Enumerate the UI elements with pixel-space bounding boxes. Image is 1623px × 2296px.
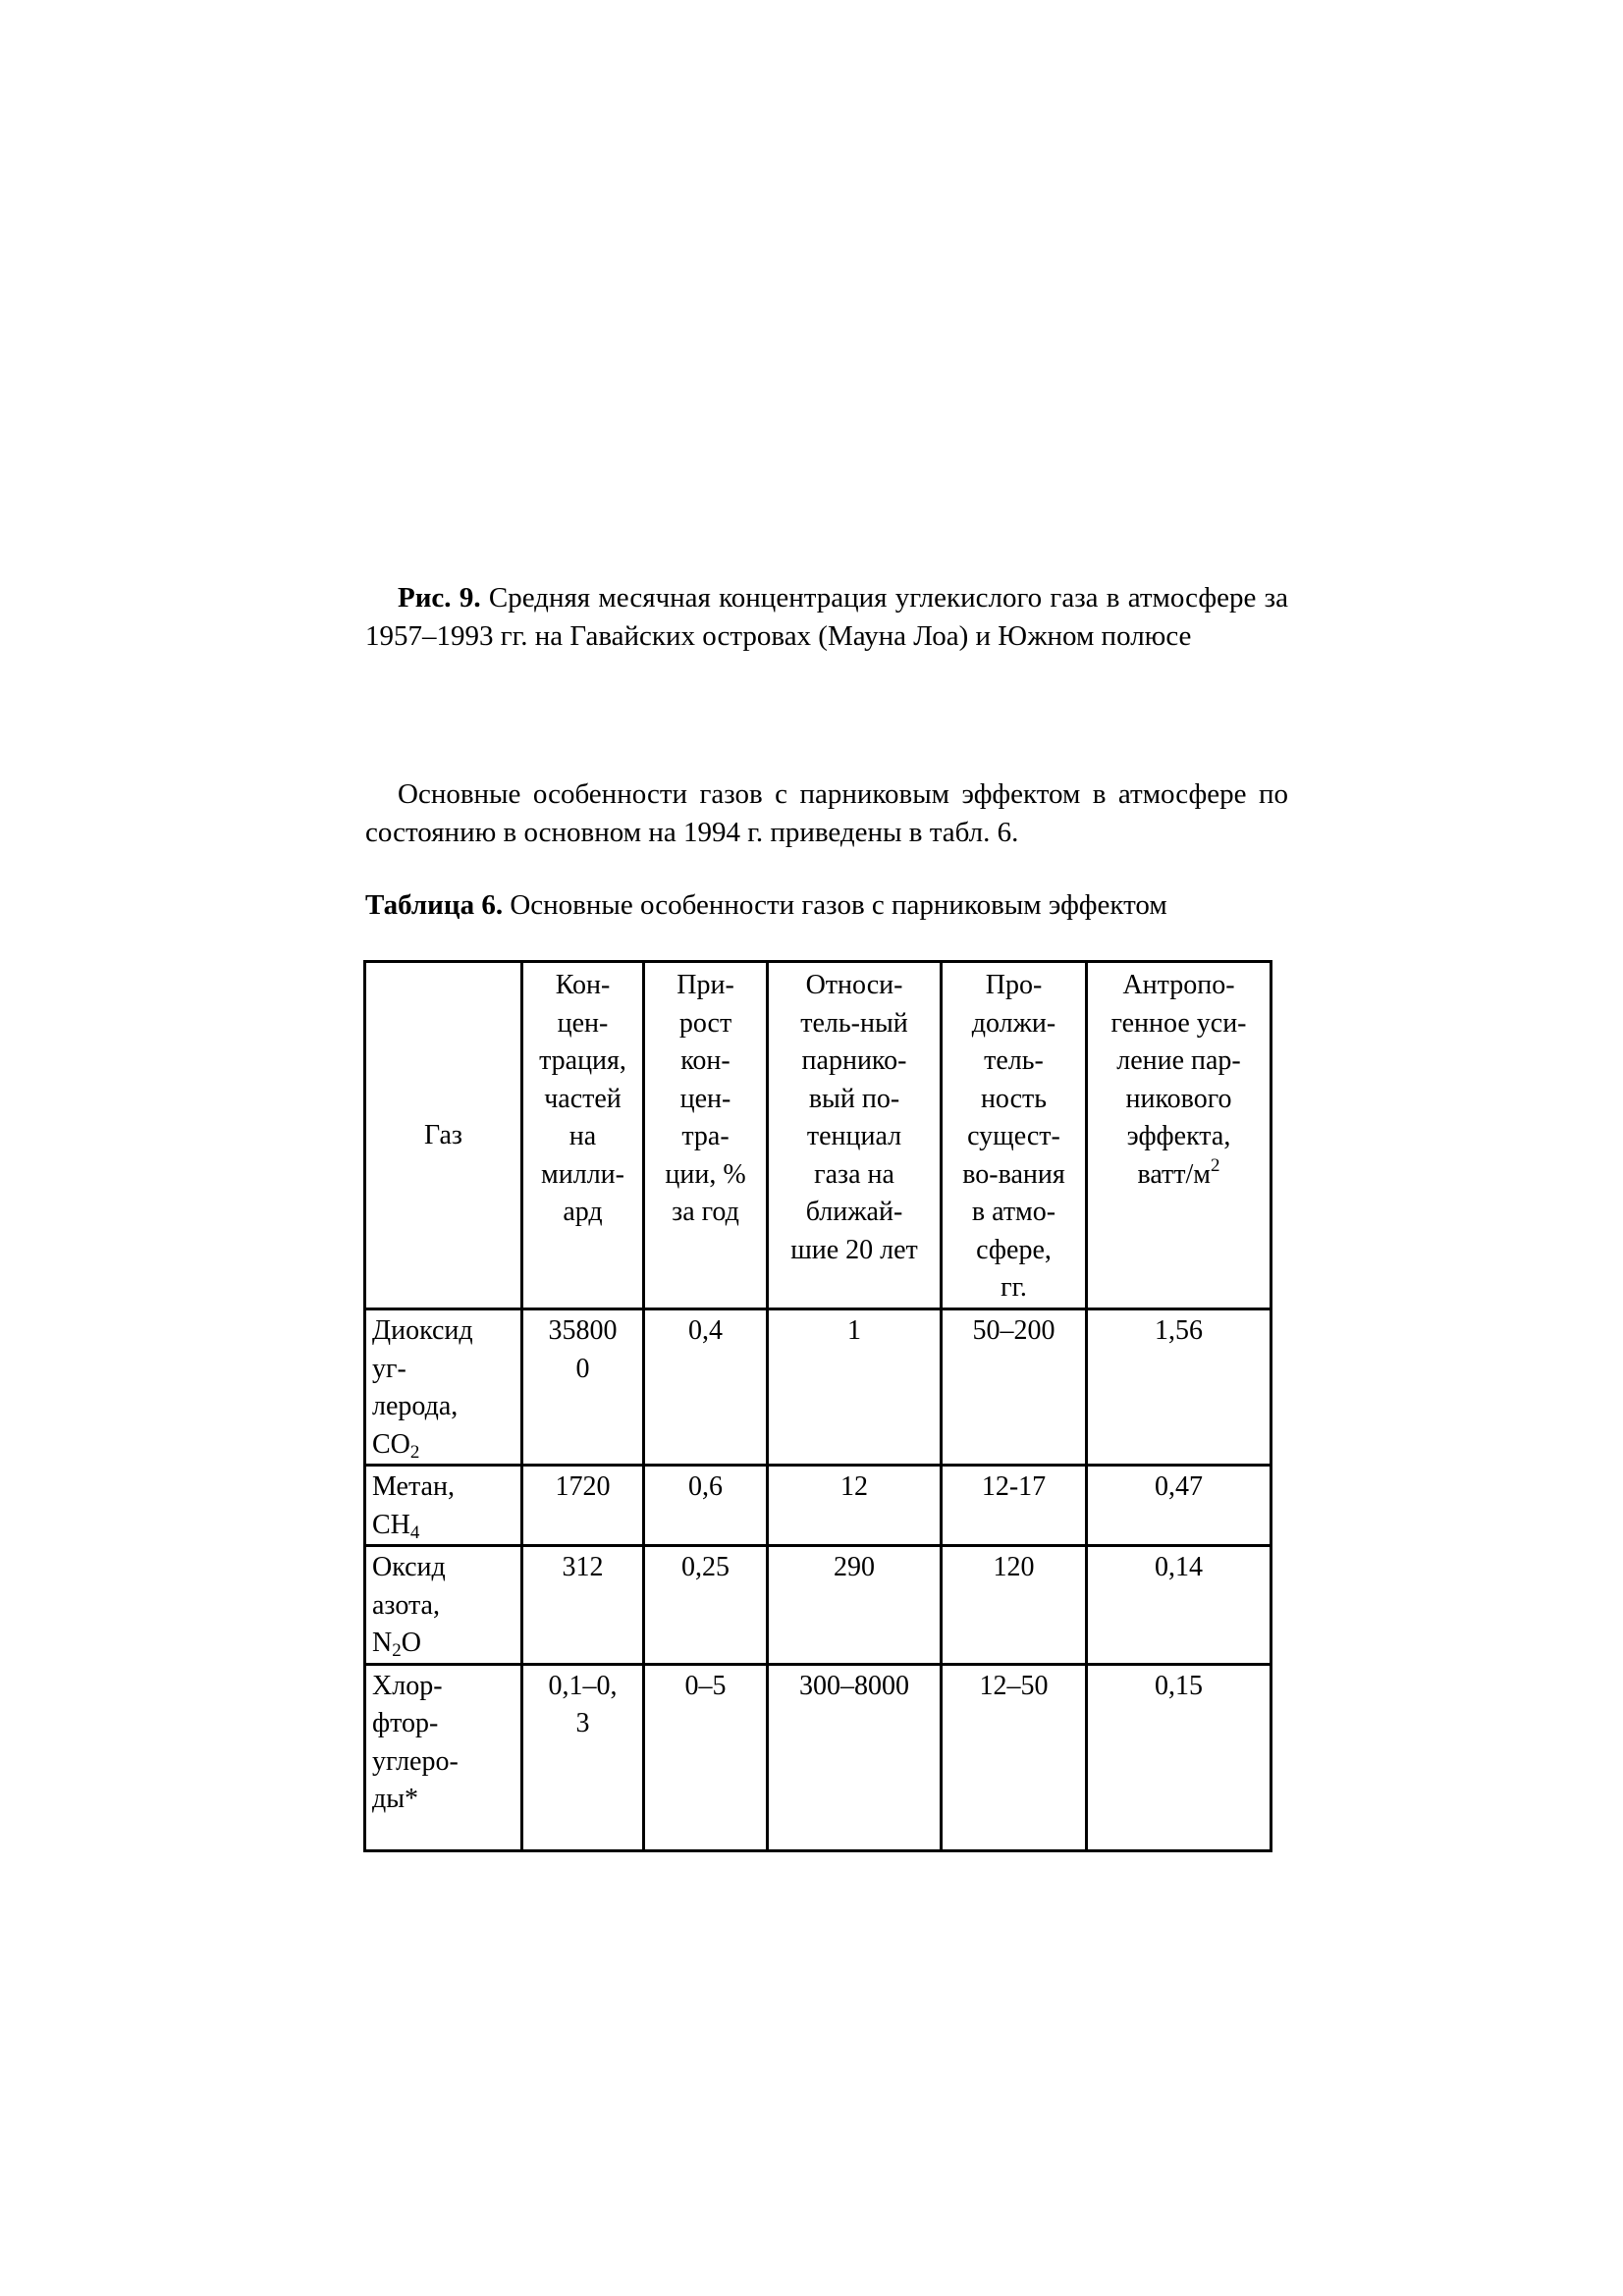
cell-potential: 1 — [768, 1309, 942, 1466]
cell-forcing: 0,14 — [1087, 1546, 1271, 1665]
table-label: Таблица 6. — [365, 889, 503, 921]
cell-lifetime: 12-17 — [942, 1466, 1087, 1546]
cell-forcing: 1,56 — [1087, 1309, 1271, 1466]
table-row: Хлор- фтор- углеро- ды* 0,1–0, 3 0–5 300… — [365, 1664, 1271, 1850]
cell-concentration: 0,1–0, 3 — [522, 1664, 644, 1850]
body-paragraph: Основные особенности газов с парниковым … — [365, 775, 1288, 852]
table-row: Оксид азота, N2O 312 0,25 290 120 0,14 — [365, 1546, 1271, 1665]
header-lifetime: Про- должи- тель- ность сущест- во-вания… — [942, 962, 1087, 1309]
cell-growth: 0,25 — [644, 1546, 768, 1665]
table-row: Диоксид уг- лерода, CO2 35800 0 0,4 1 50… — [365, 1309, 1271, 1466]
cell-potential: 300–8000 — [768, 1664, 942, 1850]
table-header-row: Газ Кон- цен- трация, частей на милли- а… — [365, 962, 1271, 1309]
cell-concentration: 35800 0 — [522, 1309, 644, 1466]
cell-gas: Диоксид уг- лерода, CO2 — [365, 1309, 522, 1466]
cell-concentration: 1720 — [522, 1466, 644, 1546]
cell-gas: Оксид азота, N2O — [365, 1546, 522, 1665]
figure-caption: Рис. 9. Средняя месячная концентрация уг… — [365, 579, 1288, 656]
table-caption: Таблица 6. Основные особенности газов с … — [365, 886, 1288, 925]
header-potential: Относи- тель-ный парнико- вый по- тенциа… — [768, 962, 942, 1309]
greenhouse-gas-table: Газ Кон- цен- трация, частей на милли- а… — [363, 960, 1272, 1852]
cell-lifetime: 50–200 — [942, 1309, 1087, 1466]
cell-lifetime: 120 — [942, 1546, 1087, 1665]
cell-gas: Хлор- фтор- углеро- ды* — [365, 1664, 522, 1850]
cell-potential: 290 — [768, 1546, 942, 1665]
cell-lifetime: 12–50 — [942, 1664, 1087, 1850]
cell-forcing: 0,47 — [1087, 1466, 1271, 1546]
cell-gas: Метан, CH4 — [365, 1466, 522, 1546]
header-concentration: Кон- цен- трация, частей на милли- ард — [522, 962, 644, 1309]
cell-growth: 0–5 — [644, 1664, 768, 1850]
table-caption-text: Основные особенности газов с парниковым … — [503, 889, 1167, 921]
figure-label: Рис. 9. — [398, 582, 481, 614]
header-gas: Газ — [365, 962, 522, 1309]
cell-growth: 0,6 — [644, 1466, 768, 1546]
cell-concentration: 312 — [522, 1546, 644, 1665]
cell-potential: 12 — [768, 1466, 942, 1546]
header-growth: При- рост кон- цен- тра- ции, % за год — [644, 962, 768, 1309]
cell-forcing: 0,15 — [1087, 1664, 1271, 1850]
superscript: 2 — [1211, 1155, 1220, 1176]
table-row: Метан, CH4 1720 0,6 12 12-17 0,47 — [365, 1466, 1271, 1546]
header-forcing: Антропо- генное уси- ление пар- никового… — [1087, 962, 1271, 1309]
cell-growth: 0,4 — [644, 1309, 768, 1466]
figure-caption-text: Средняя месячная концентрация углекислог… — [365, 582, 1288, 652]
